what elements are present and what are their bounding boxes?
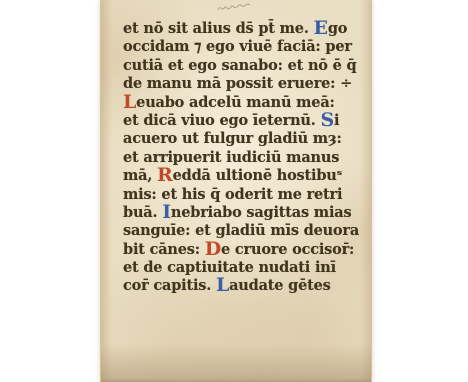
text-segment: et arripuerit iudiciū manus — [123, 149, 339, 166]
illuminated-initial: D — [205, 242, 221, 256]
text-segment: occidam ⁊ ego viuē faciā: per — [123, 38, 352, 55]
illuminated-initial: E — [314, 21, 328, 35]
text-line: sanguīe: et gladiū mīs deuora — [123, 222, 351, 240]
text-segment: mis: et his q̄ oderit me retri — [123, 186, 342, 203]
text-line: cor̄ capitis. Laudate gētes — [123, 277, 351, 295]
text-segment: bit cānes: — [123, 241, 205, 258]
text-line: et nō sit alius ds̄ pt̄ me. Ego — [123, 20, 351, 38]
illuminated-initial: L — [123, 95, 136, 109]
text-segment: eddā ultionē hostibuˢ — [173, 167, 342, 184]
text-segment: de manu mā possit eruere: ÷ — [123, 75, 352, 92]
text-segment: cor̄ capitis. — [123, 277, 216, 294]
illuminated-initial: R — [157, 168, 173, 182]
text-segment: e cruore occisor̄: — [221, 241, 354, 258]
text-line: acuero ut fulgur gladiū mȝ: — [123, 130, 351, 148]
text-line: occidam ⁊ ego viuē faciā: per — [123, 38, 351, 56]
text-segment: euabo adcelū manū meā: — [136, 94, 335, 111]
manuscript-text-block: et nō sit alius ds̄ pt̄ me. Egooccidam ⁊… — [123, 20, 351, 296]
text-segment: acuero ut fulgur gladiū mȝ: — [123, 130, 342, 147]
text-segment: nebriabo sagittas mias — [171, 204, 352, 221]
text-segment: sanguīe: et gladiū mīs deuora — [123, 222, 359, 239]
text-line: Leuabo adcelū manū meā: — [123, 94, 351, 112]
text-segment: go — [328, 20, 347, 37]
text-line: buā. Inebriabo sagittas mias — [123, 204, 351, 222]
text-segment: buā. — [123, 204, 162, 221]
text-segment: et nō sit alius ds̄ pt̄ me. — [123, 20, 314, 37]
manuscript-leaf: et nō sit alius ds̄ pt̄ me. Egooccidam ⁊… — [100, 0, 372, 382]
faint-inscription-icon — [217, 2, 257, 13]
inscription-stroke — [218, 4, 250, 10]
text-line: bit cānes: De cruore occisor̄: — [123, 241, 351, 259]
text-line: mā, Reddā ultionē hostibuˢ — [123, 167, 351, 185]
illuminated-initial: I — [162, 205, 171, 219]
text-line: de manu mā possit eruere: ÷ — [123, 75, 351, 93]
text-line: et de captiuitate nudati inī — [123, 259, 351, 277]
illuminated-initial: L — [216, 278, 229, 292]
text-line: cutiā et ego sanabo: et nō ē q̄ — [123, 57, 351, 75]
text-segment: et dicā viuo ego īeternū. — [123, 112, 320, 129]
photograph: et nō sit alius ds̄ pt̄ me. Egooccidam ⁊… — [0, 0, 468, 382]
text-segment: cutiā et ego sanabo: et nō ē q̄ — [123, 57, 356, 74]
text-segment: i — [334, 112, 339, 129]
text-segment: et de captiuitate nudati inī — [123, 259, 336, 276]
text-line: et dicā viuo ego īeternū. Si — [123, 112, 351, 130]
text-segment: audate gētes — [229, 277, 331, 294]
text-segment: mā, — [123, 167, 157, 184]
text-line: mis: et his q̄ oderit me retri — [123, 186, 351, 204]
illuminated-initial: S — [320, 113, 334, 127]
